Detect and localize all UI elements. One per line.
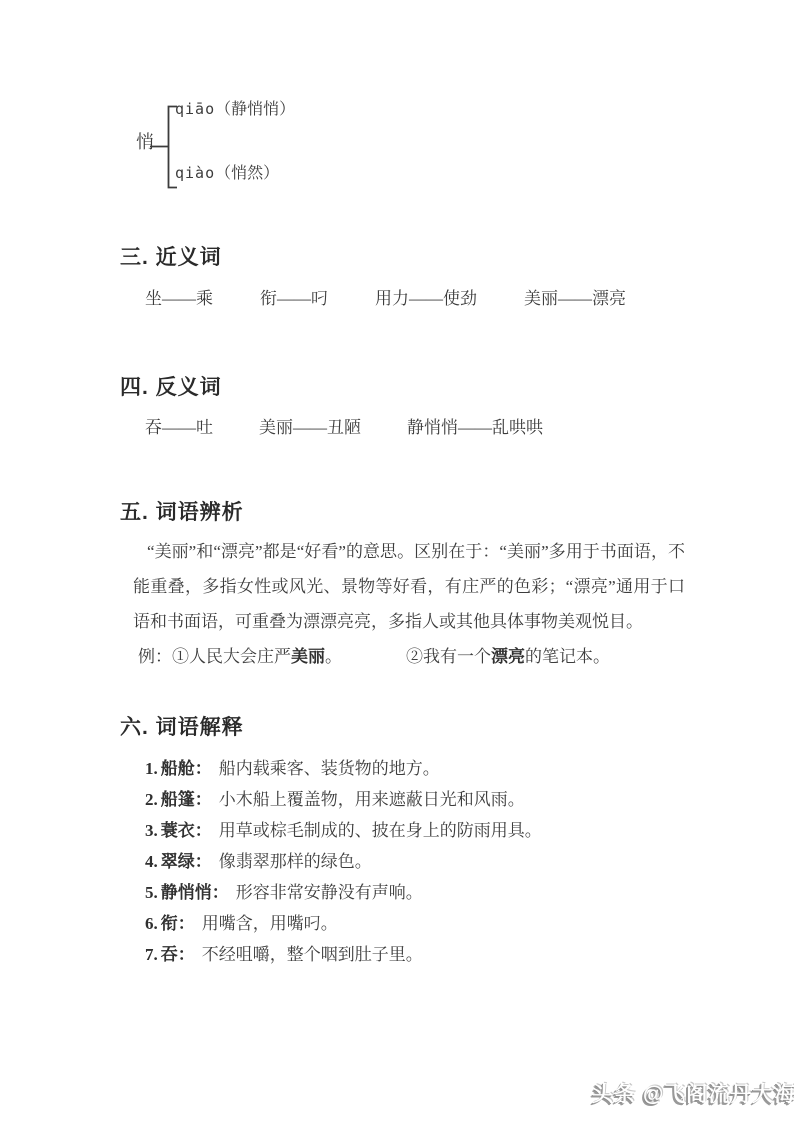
- definition-term: 衔：: [161, 914, 195, 933]
- definition-text: 小木船上覆盖物，用来遮蔽日光和风雨。: [219, 790, 525, 809]
- pinyin-example-2: （悄然）: [215, 165, 279, 182]
- definition-text: 像翡翠那样的绿色。: [219, 852, 372, 871]
- antonym-row: 吞——吐 美丽——丑陋 静悄悄——乱哄哄: [145, 417, 543, 439]
- pinyin-2: qiào: [175, 164, 215, 182]
- document-page: 悄 qiāo（静悄悄） qiào（悄然） 三. 近义词 坐——乘 衔——叼 用力…: [0, 0, 794, 1123]
- definition-item-3: 3.蓑衣：用草或棕毛制成的、披在身上的防雨用具。: [145, 815, 685, 846]
- section-heading-explanations: 六. 词语解释: [120, 716, 244, 740]
- example-1-text: ①人民大会庄严: [172, 647, 291, 666]
- pronunciation-reading-2: qiào（悄然）: [175, 162, 279, 185]
- synonym-pair-3: 用力——使劲: [375, 288, 477, 310]
- section-heading-discrimination: 五. 词语辨析: [120, 501, 244, 525]
- definition-item-4: 4.翠绿：像翡翠那样的绿色。: [145, 846, 685, 877]
- definition-number: 2.: [145, 790, 158, 809]
- definition-item-5: 5.静悄悄：形容非常安静没有声响。: [145, 877, 685, 908]
- synonym-row: 坐——乘 衔——叼 用力——使劲 美丽——漂亮: [145, 288, 626, 310]
- definition-number: 5.: [145, 883, 158, 902]
- definition-text: 用草或棕毛制成的、披在身上的防雨用具。: [219, 821, 542, 840]
- definition-text: 形容非常安静没有声响。: [236, 883, 423, 902]
- bracket-icon: [150, 105, 178, 189]
- example-1-period: 。: [325, 647, 342, 666]
- antonym-pair-3: 静悄悄——乱哄哄: [407, 417, 543, 439]
- definition-term: 吞：: [161, 945, 195, 964]
- definition-term: 船篷：: [161, 790, 212, 809]
- definition-number: 4.: [145, 852, 158, 871]
- antonym-pair-1: 吞——吐: [145, 417, 213, 439]
- antonym-pair-2: 美丽——丑陋: [259, 417, 361, 439]
- section-heading-antonyms: 四. 反义词: [120, 376, 222, 400]
- definition-item-1: 1.船舱：船内载乘客、装货物的地方。: [145, 753, 685, 784]
- discrimination-paragraph: “美丽”和“漂亮”都是“好看”的意思。区别在于：“美丽”多用于书面语，不能重叠，…: [133, 534, 685, 639]
- definition-text: 用嘴含，用嘴叼。: [202, 914, 338, 933]
- example-2-tail: 的笔记本。: [525, 647, 610, 666]
- definition-term: 静悄悄：: [161, 883, 229, 902]
- example-sentence-2: ②我有一个漂亮的笔记本。: [406, 647, 610, 666]
- definition-text: 不经咀嚼，整个咽到肚子里。: [202, 945, 423, 964]
- definition-term: 蓑衣：: [161, 821, 212, 840]
- synonym-pair-1: 坐——乘: [145, 288, 213, 310]
- section-heading-synonyms: 三. 近义词: [120, 246, 222, 270]
- discrimination-block: “美丽”和“漂亮”都是“好看”的意思。区别在于：“美丽”多用于书面语，不能重叠，…: [133, 534, 685, 674]
- watermark-toutiao: 头条 @飞阁流丹大海: [592, 1078, 794, 1108]
- example-sentence-1: ①人民大会庄严美丽。: [172, 647, 342, 666]
- discrimination-example-line: 例：①人民大会庄严美丽。②我有一个漂亮的笔记本。: [133, 639, 685, 674]
- definition-number: 6.: [145, 914, 158, 933]
- definition-term: 翠绿：: [161, 852, 212, 871]
- definition-item-6: 6.衔：用嘴含，用嘴叼。: [145, 908, 685, 939]
- definition-item-2: 2.船篷：小木船上覆盖物，用来遮蔽日光和风雨。: [145, 784, 685, 815]
- definition-term: 船舱：: [161, 759, 212, 778]
- example-label: 例：: [138, 647, 172, 666]
- pronunciation-reading-1: qiāo（静悄悄）: [175, 98, 295, 121]
- synonym-pair-4: 美丽——漂亮: [524, 288, 626, 310]
- definition-number: 7.: [145, 945, 158, 964]
- definition-item-7: 7.吞：不经咀嚼，整个咽到肚子里。: [145, 939, 685, 970]
- example-2-bold-word: 漂亮: [491, 647, 525, 666]
- synonym-pair-2: 衔——叼: [260, 288, 328, 310]
- pronunciation-diagram: 悄 qiāo（静悄悄） qiào（悄然）: [136, 98, 436, 194]
- explanation-list: 1.船舱：船内载乘客、装货物的地方。 2.船篷：小木船上覆盖物，用来遮蔽日光和风…: [145, 753, 685, 970]
- definition-number: 1.: [145, 759, 158, 778]
- example-2-text: ②我有一个: [406, 647, 491, 666]
- definition-number: 3.: [145, 821, 158, 840]
- definition-text: 船内载乘客、装货物的地方。: [219, 759, 440, 778]
- example-1-bold-word: 美丽: [291, 647, 325, 666]
- pinyin-1: qiāo: [175, 100, 215, 118]
- pinyin-example-1: （静悄悄）: [215, 101, 295, 118]
